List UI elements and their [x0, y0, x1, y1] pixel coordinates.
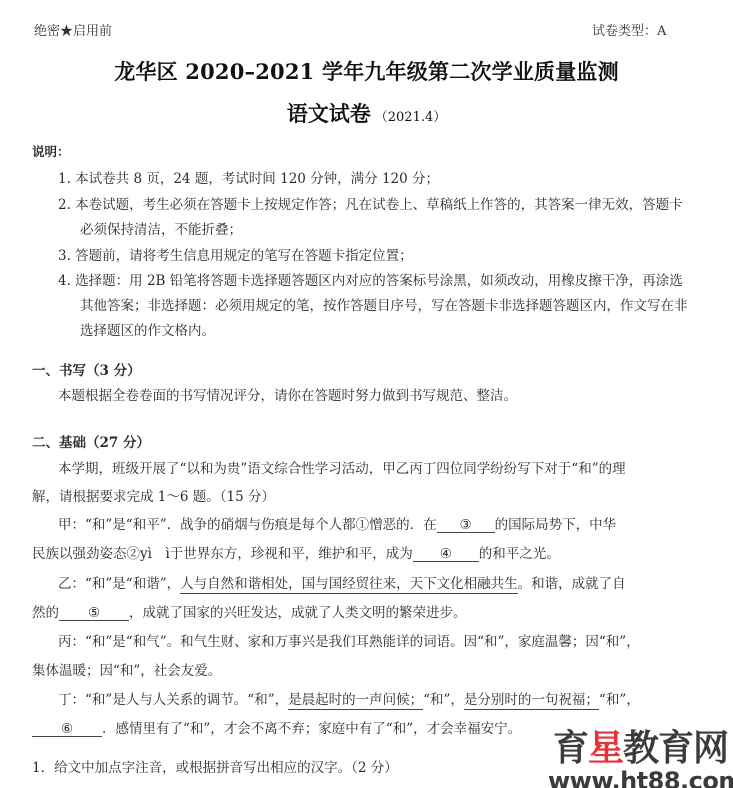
text: 丁：“和”是人与人关系的调节。“和”，	[58, 692, 288, 708]
paragraph-yi-line2: 然的⑤，成就了国家的兴旺发达，成就了人类文明的繁荣进步。	[32, 601, 467, 621]
paragraph-ding-line2: ⑥．感情里有了“和”，才会不离不弃；家庭中有了“和”，才会幸福安宁。	[32, 717, 521, 737]
instructions-label: 说明：	[32, 142, 70, 160]
paragraph-bing: 丙：“和”是“和气”。和气生财、家和万事兴是我们耳熟能详的词语。因“和”，家庭温…	[58, 630, 640, 650]
dotted-text: 憎恶	[369, 517, 396, 533]
blank-6: ⑥	[32, 722, 102, 737]
confidential-label: 绝密★启用前	[34, 20, 112, 39]
blank-3: ③	[437, 518, 495, 533]
watermark-char: 教育网	[623, 728, 728, 769]
instruction-item: 3. 答题前，请将考生信息用规定的笔写在答题卡指定位置；	[58, 244, 413, 264]
text: 然的	[32, 605, 59, 621]
instruction-item: 必须保持清洁，不能折叠；	[80, 218, 242, 238]
underlined-text: 是晨起时的一声问候；	[288, 692, 423, 710]
paragraph-yi: 乙：“和”是“和谐”，人与自然和谐相处，国与国经贸往来，天下文化相融共生。和谐，…	[58, 572, 626, 592]
exam-date: （2021.4）	[375, 110, 447, 125]
watermark-char: 育	[553, 728, 588, 769]
text: ，成就了国家的兴旺发达，成就了人类文明的繁荣进步。	[129, 605, 467, 621]
paper-type-label: 试卷类型：A	[592, 20, 666, 39]
text: 于世界东方，珍视和平，维护和平，成为	[170, 546, 413, 562]
blank-5: ⑤	[59, 606, 129, 621]
section-heading: 二、基础（27 分）	[32, 431, 150, 451]
text: 的国际局势下，中华	[495, 517, 617, 533]
text: 。和谐，成就了自	[518, 576, 626, 592]
instruction-item: 其他答案；非选择题：必须用规定的笔，按作答题目序号，写在答题卡非选择题答题区内，…	[80, 294, 688, 314]
exam-subtitle: 语文试卷（2021.4）	[0, 98, 733, 128]
subject-title: 语文试卷	[287, 101, 371, 126]
paragraph-bing-line2: 集体温暖；因“和”，社会友爱。	[32, 659, 221, 679]
intro-line: 本学期，班级开展了“以和为贵”语文综合性学习活动，甲乙丙丁四位同学纷纷写下对于“…	[58, 457, 626, 477]
paragraph-jia: 甲：“和”是“和平”．战争的硝烟与伤痕是每个人都①憎恶的．在③的国际局势下，中华	[58, 513, 616, 533]
blank-4: ④	[413, 547, 479, 562]
underlined-text: 是分别时的一句祝福；	[464, 692, 599, 710]
underlined-text: 人与自然和谐相处，国与国经贸往来，天下文化相融共生	[180, 576, 518, 594]
intro-line: 解，请根据要求完成 1～6 题。（15 分）	[32, 485, 275, 505]
text: 的和平之光。	[479, 546, 560, 562]
watermark-url: www.ht88.com	[548, 768, 733, 788]
section-heading: 一、书写（3 分）	[32, 359, 141, 379]
instruction-item: 1. 本试卷共 8 页，24 题，考试时间 120 分钟，满分 120 分；	[58, 167, 439, 187]
paragraph-ding: 丁：“和”是人与人关系的调节。“和”，是晨起时的一声问候；“和”，是分别时的一句…	[58, 688, 640, 708]
text: “和”，	[423, 692, 464, 708]
question-1: 1．给文中加点字注音，或根据拼音写出相应的汉字。（2 分）	[32, 756, 398, 776]
watermark-logo: 育星教育网 www.ht88.com	[548, 730, 733, 788]
text: ．感情里有了“和”，才会不离不弃；家庭中有了“和”，才会幸福安宁。	[102, 721, 521, 737]
text: 的．在	[396, 517, 437, 533]
text: 乙：“和”是“和谐”，	[58, 576, 180, 592]
paragraph-jia-line2: 民族以强劲姿态②yì ì于世界东方，珍视和平，维护和平，成为④的和平之光。	[32, 542, 560, 562]
instruction-item: 2. 本卷试题，考生必须在答题卡上按规定作答；凡在试卷上、草稿纸上作答的，其答案…	[58, 193, 683, 213]
text: 甲：“和”是“和平”．战争的硝烟与伤痕是每个人都①	[58, 517, 369, 533]
instruction-item: 选择题区的作文格内。	[80, 319, 215, 339]
text: “和”，	[599, 692, 640, 708]
instruction-item: 4. 选择题：用 2B 铅笔将答题卡选择题答题区内对应的答案标号涂黑，如须改动，…	[58, 269, 683, 289]
exam-title: 龙华区 2020–2021 学年九年级第二次学业质量监测	[0, 56, 733, 86]
pinyin-text: 民族以强劲姿态②yì ì	[32, 546, 170, 562]
watermark-char-accent: 星	[588, 728, 623, 769]
watermark-name: 育星教育网	[548, 730, 733, 768]
section-body: 本题根据全卷卷面的书写情况评分，请你在答题时努力做到书写规范、整洁。	[58, 384, 517, 404]
